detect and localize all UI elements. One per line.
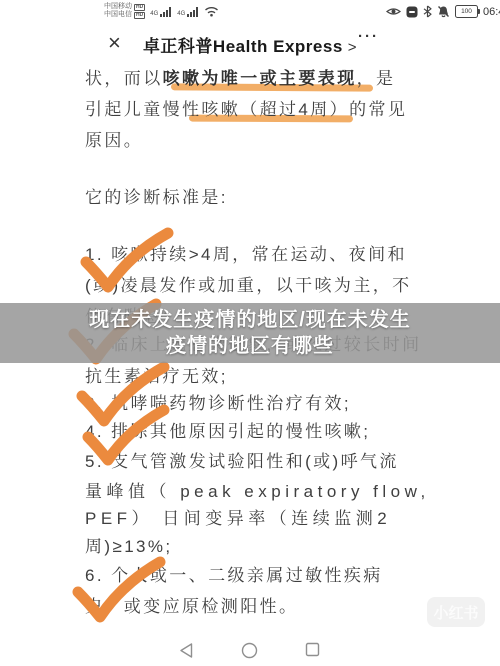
mute-bell-icon — [437, 5, 450, 18]
logo-text: 小红书 — [433, 602, 478, 623]
status-bar: 中国移动 HD 中国电信 HD 4G 4G — [0, 2, 500, 24]
signal-strength-icon: 4G — [150, 6, 172, 17]
battery-icon: 100 — [455, 5, 478, 18]
checkmark-icon — [78, 226, 174, 296]
checkmark-icon — [80, 404, 170, 468]
carrier-1-label: 中国移动 — [104, 3, 132, 11]
battery-level: 100 — [461, 8, 472, 15]
phone-screen: 中国移动 HD 中国电信 HD 4G 4G — [0, 0, 500, 666]
criteria-item-5: PEF） 日间变异率（连续监测2 — [85, 504, 391, 529]
paragraph-line: 原因。 — [85, 126, 143, 151]
caption-line-2: 疫情的地区有哪些 — [166, 333, 334, 359]
network-type-label: 4G — [177, 11, 185, 17]
nav-home-icon[interactable] — [241, 642, 258, 659]
criteria-heading: 它的诊断标准是: — [85, 183, 228, 208]
text-segment: 状，而以 — [85, 69, 163, 88]
network-type-label: 4G — [150, 11, 158, 17]
nav-recents-icon[interactable] — [305, 642, 320, 657]
nav-back-icon[interactable] — [178, 642, 194, 659]
status-left: 中国移动 HD 中国电信 HD 4G 4G — [104, 3, 219, 19]
criteria-item-5: 量峰值（ peak expiratory flow, — [85, 477, 430, 502]
wifi-icon — [204, 5, 219, 17]
chevron-right-icon: > — [348, 39, 357, 56]
paragraph-line: 状，而以咳嗽为唯一或主要表现，是 — [85, 64, 395, 89]
highlighted-phrase: 咳嗽（超过4周） — [201, 100, 349, 119]
checkmark-icon — [70, 554, 166, 626]
text-segment: ，是 — [357, 69, 396, 88]
caption-line-1: 现在未发生疫情的地区/现在未发生 — [89, 307, 411, 333]
carrier-names: 中国移动 HD 中国电信 HD — [104, 3, 145, 19]
android-nav-bar — [0, 634, 500, 666]
carrier-2-label: 中国电信 — [104, 11, 132, 19]
more-menu-icon[interactable]: ··· — [358, 28, 379, 45]
hd-badge: HD — [134, 12, 145, 19]
text-segment: 的常见 — [349, 100, 407, 119]
page-title[interactable]: 卓正科普Health Express> — [0, 32, 500, 57]
text-segment: 引起儿童慢性 — [85, 100, 201, 119]
status-time: 06:42 — [483, 6, 500, 18]
paragraph-line: 引起儿童慢性咳嗽（超过4周）的常见 — [85, 95, 407, 120]
signal-bars-icon — [187, 6, 199, 17]
hd-badge: HD — [134, 4, 145, 11]
highlighted-phrase: 咳嗽为唯一或主要表现 — [163, 69, 357, 88]
status-right: 100 06:42 — [386, 5, 500, 18]
article-header: × 卓正科普Health Express> ··· — [0, 28, 500, 60]
xiaohongshu-logo-watermark: 小红书 — [427, 597, 485, 627]
bluetooth-icon — [423, 5, 432, 18]
signal-strength-icon-2: 4G — [177, 6, 199, 17]
signal-bars-icon — [160, 6, 172, 17]
caption-overlay-banner: 现在未发生疫情的地区/现在未发生 疫情的地区有哪些 — [0, 303, 500, 363]
eye-comfort-icon — [386, 6, 401, 17]
do-not-disturb-icon — [406, 6, 418, 18]
account-title[interactable]: 卓正科普Health Express — [143, 37, 343, 56]
